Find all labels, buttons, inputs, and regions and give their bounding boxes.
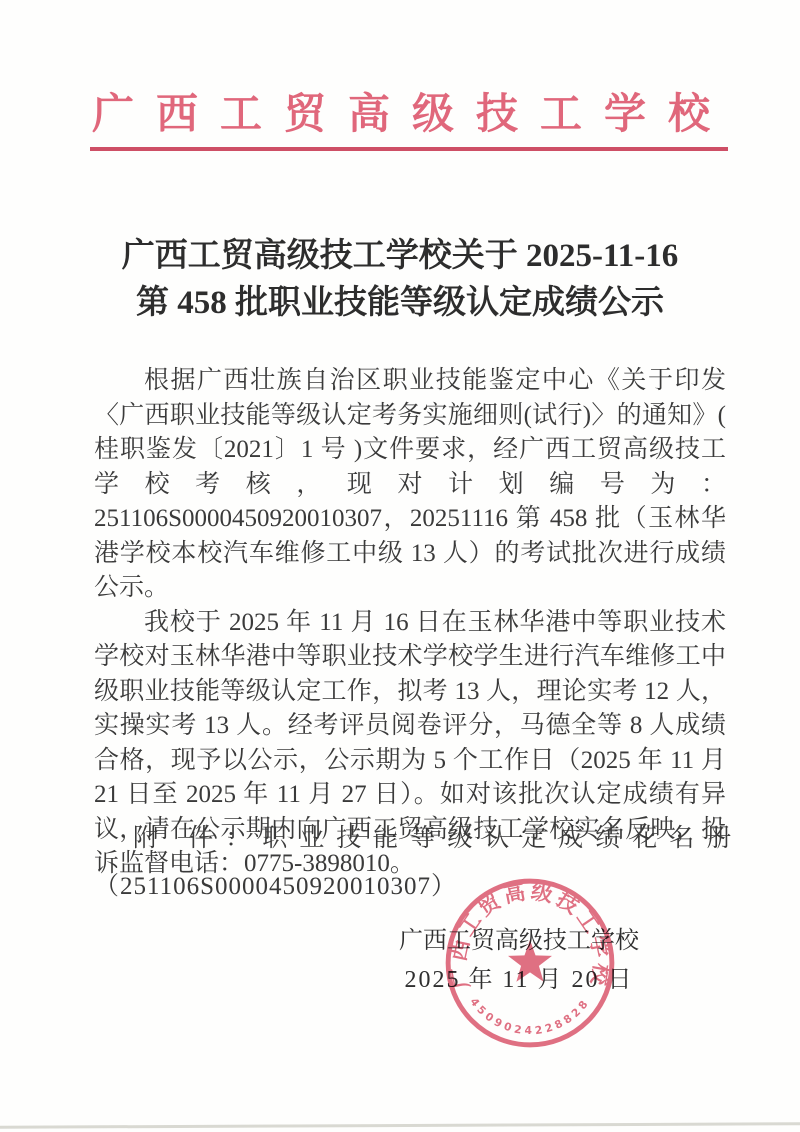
- attachment-section: 附 件：职业技能等级认定成绩花名册 （251106S00004509200103…: [94, 822, 726, 904]
- signature-block: 广西工贸高级技工学校 2025 年 11 月 20 日: [378, 922, 660, 1000]
- seal-number-arc-text: 4509024228828: [467, 995, 592, 1037]
- notice-body: 根据广西壮族自治区职业技能鉴定中心《关于印发〈广西职业技能等级认定考务实施细则(…: [94, 364, 726, 882]
- attachment-number: （251106S0000450920010307）: [94, 870, 726, 904]
- attachment-line: 附 件：职业技能等级认定成绩花名册: [94, 822, 726, 856]
- svg-text:4509024228828: 4509024228828: [467, 995, 592, 1037]
- letterhead-rule: [90, 147, 728, 151]
- attachment-label: 附 件：: [133, 825, 262, 852]
- attachment-title: 职业技能等级认定成绩花名册: [262, 825, 743, 852]
- scan-edge-artifact: [0, 1122, 800, 1129]
- notice-page: 广西工贸高级技工学校 广西工贸高级技工学校关于 2025-11-16 第 458…: [0, 0, 800, 1132]
- body-paragraph-1: 根据广西壮族自治区职业技能鉴定中心《关于印发〈广西职业技能等级认定考务实施细则(…: [94, 364, 726, 606]
- signature-org: 广西工贸高级技工学校: [378, 922, 660, 961]
- signature-date: 2025 年 11 月 20 日: [378, 961, 660, 1000]
- notice-title: 广西工贸高级技工学校关于 2025-11-16 第 458 批职业技能等级认定成…: [0, 233, 800, 327]
- notice-title-line1: 广西工贸高级技工学校关于 2025-11-16: [0, 233, 800, 280]
- letterhead-school-name: 广西工贸高级技工学校: [92, 90, 732, 140]
- notice-title-line2: 第 458 批职业技能等级认定成绩公示: [0, 280, 800, 327]
